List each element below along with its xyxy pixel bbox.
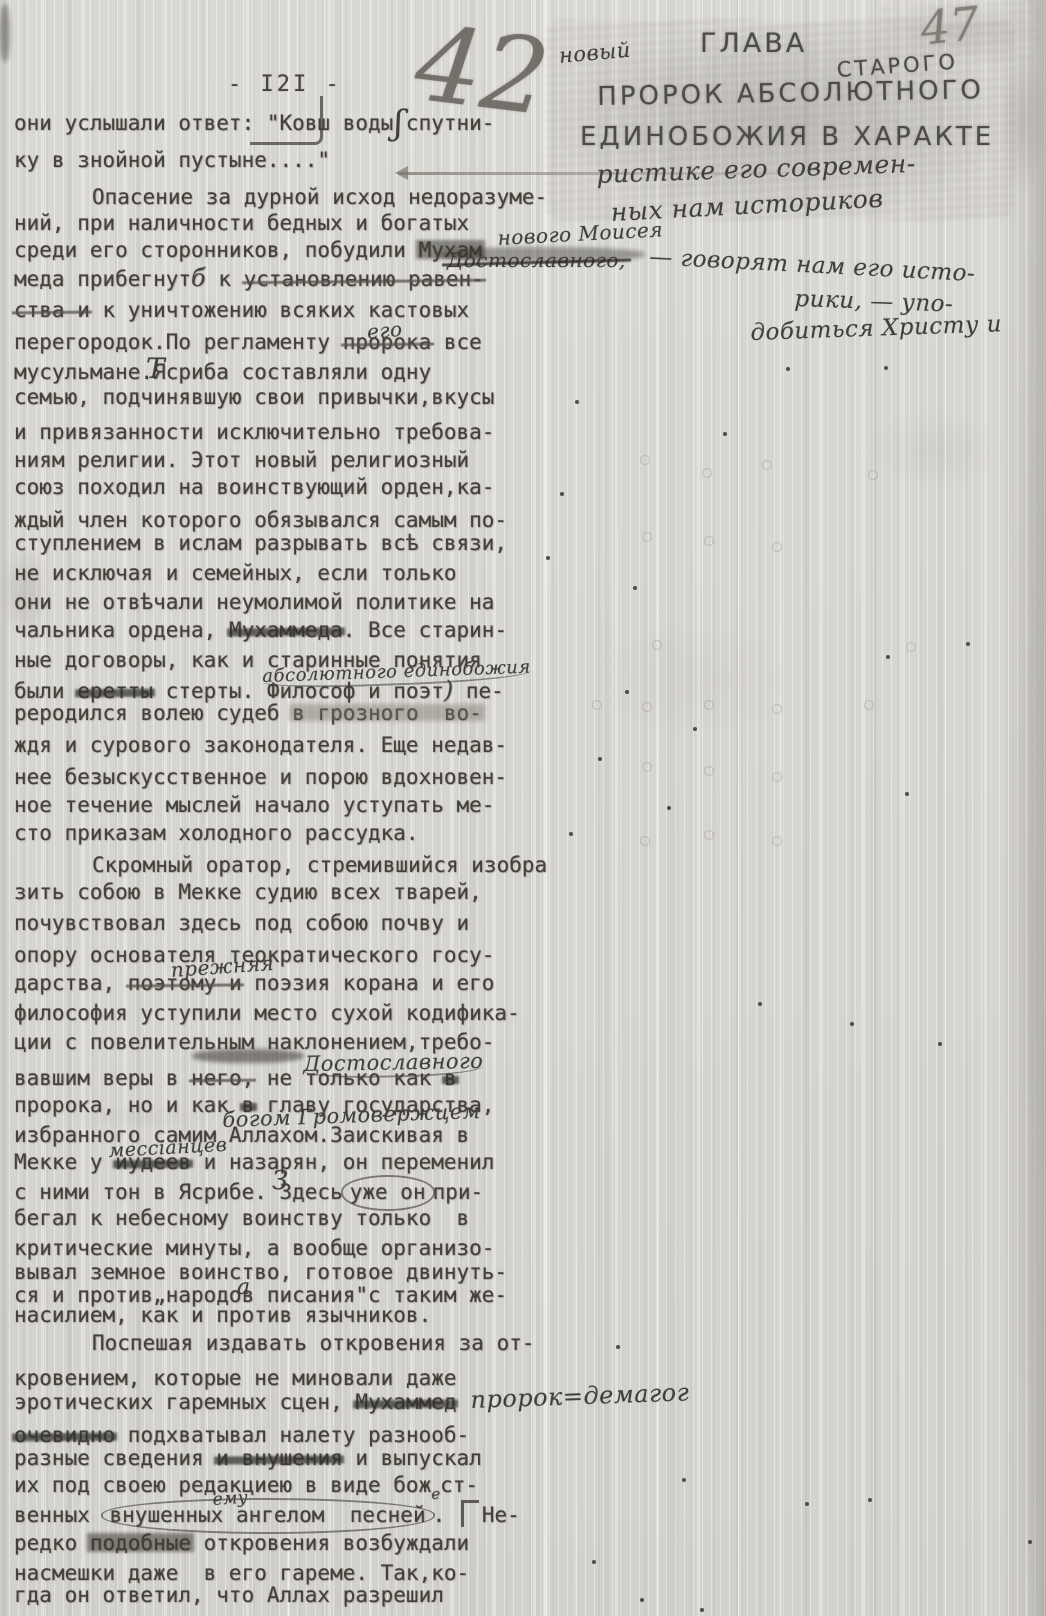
typed-line: союз походил на воинствующий орден,ка-: [14, 472, 494, 502]
ink-speck: [938, 1042, 942, 1046]
bleed-through-mark: [772, 836, 782, 846]
typed-text: ступлением в ислам разрывать всѣ связи,: [14, 531, 507, 555]
ink-speck: [640, 1598, 644, 1602]
bleed-through-mark: [640, 455, 650, 465]
typed-text: венных: [14, 1503, 103, 1527]
ink-speck: [625, 690, 629, 694]
typed-text: и выпускал: [343, 1446, 482, 1470]
typed-text: редко: [14, 1531, 90, 1555]
typed-text: пророка, но и как: [14, 1093, 242, 1117]
bleed-through-mark: [642, 702, 652, 712]
typed-text: подобные: [90, 1531, 191, 1555]
ink-speck: [786, 367, 790, 371]
typed-text: дарства,: [14, 971, 128, 995]
typed-line: они не отвѣчали неумолимой политике на: [14, 587, 494, 617]
typed-text: поэзия корана и его: [242, 971, 495, 995]
typed-line: ступлением в ислам разрывать всѣ связи,: [14, 528, 507, 558]
chapter-title-line: ГЛАВА: [700, 28, 807, 59]
typed-text: Мухаммеда: [229, 618, 343, 642]
typed-text: бегал к небесному воинству только в: [14, 1206, 469, 1230]
typed-text: меда прибегнут: [14, 267, 191, 291]
insert-mark: ʃ: [394, 103, 404, 143]
typed-line: эротических гаремных сцен, Мухаммед: [14, 1387, 457, 1417]
chapter-title-line: ЕДИНОБОЖИЯ В ХАРАКТЕ: [580, 122, 994, 152]
ink-speck: [1028, 1540, 1032, 1544]
margin-note-struck: Достославного,: [447, 248, 626, 272]
typed-text: ждя и сурового законодателя. Еще недав-: [14, 733, 507, 757]
typed-text: и внушения: [216, 1446, 342, 1470]
insert-bracket-mark: [250, 96, 323, 145]
typed-text: Поспешая издавать откровения за от-: [92, 1331, 535, 1355]
ink-speck: [569, 832, 573, 836]
corner-number-47: 47: [918, 0, 982, 56]
typed-line: ниям религии. Этот новый религиозный: [14, 445, 469, 475]
typed-text: и привязанности исключительно требова-: [14, 420, 494, 444]
bleed-patch: [590, 620, 790, 740]
typed-text: и назарян, он переменил: [191, 1150, 494, 1174]
typed-text: к уничтожению всяких кастовых: [90, 298, 469, 322]
typed-text: при-: [433, 1180, 484, 1204]
typed-line: бегал к небесному воинству только в: [14, 1203, 469, 1233]
typed-text: Опасение за дурной исход недоразуме-: [92, 185, 547, 209]
typed-line: чальника ордена, Мухаммеда. Все старин-: [14, 615, 507, 645]
typed-line: меда прибегнутб к установлению равен-: [14, 263, 484, 294]
ink-speck: [966, 642, 970, 646]
ink-speck: [633, 586, 637, 590]
ink-speck: [693, 727, 697, 731]
bleed-through-mark: [702, 468, 712, 478]
typed-text: к: [206, 267, 244, 291]
typed-text: Мухаммед: [355, 1390, 456, 1414]
edge-shading: [1000, 46, 1046, 196]
typed-text: философия уступили место сухой кодифика-: [14, 1001, 520, 1025]
typed-text: зить собою в Мекке судию всех тварей,: [14, 880, 482, 904]
corner-number-42: 42: [409, 2, 555, 139]
typed-text: семью, подчинявшую свои привычки,вкусы: [14, 385, 494, 409]
typed-text: все: [431, 330, 482, 354]
typed-text: почувствовал здесь под собою почву и: [14, 911, 469, 935]
interline-correction: ему: [212, 1488, 249, 1510]
typed-text: откровения возбуждали: [191, 1531, 469, 1555]
typed-line: редко подобные откровения возбуждали: [14, 1528, 469, 1558]
typed-text: союз походил на воинствующий орден,ка-: [14, 475, 494, 499]
typed-line: насилием, как и против язычников.: [14, 1300, 431, 1330]
margin-note: добиться Христу и: [750, 311, 1002, 346]
typed-line: Скромный оратор, стремившийся изобра: [92, 850, 547, 880]
ink-speck: [884, 366, 888, 370]
ink-speck: [886, 655, 890, 659]
insert-bracket-mark: [461, 1500, 479, 1527]
typed-text: .: [433, 1503, 458, 1527]
typed-line: Мекке у иудеев и назарян, он переменил: [14, 1147, 494, 1177]
ink-speck: [616, 1345, 620, 1349]
bleed-through-mark: [652, 640, 662, 650]
margin-note: пророк=демагог: [470, 1378, 690, 1414]
bleed-through-mark: [642, 762, 652, 772]
bleed-through-mark: [772, 542, 782, 552]
typed-text: вавшим веры в: [14, 1066, 191, 1090]
typed-line: семью, подчинявшую свои привычки,вкусы: [14, 382, 494, 412]
ink-speck: [667, 806, 671, 810]
bleed-through-mark: [762, 460, 772, 470]
ink-speck: [598, 757, 602, 761]
typed-line: ное течение мыслей начало уступать ме-: [14, 790, 494, 820]
margin-note: — говорят нам его исто-: [649, 244, 976, 287]
typed-text: нее безыскусственное и порою вдохновен-: [14, 765, 507, 789]
edge-blot: [0, 4, 10, 62]
bleed-through-mark: [704, 700, 714, 710]
bleed-through-mark: [704, 766, 714, 776]
ink-speck: [868, 1498, 872, 1502]
typed-text: в грозного во-: [292, 701, 482, 725]
typed-line: философия уступили место сухой кодифика-: [14, 998, 520, 1028]
letter-correction: Т: [146, 352, 165, 385]
typed-text: ст-: [440, 1473, 478, 1497]
typed-line: гда он ответил, что Аллах разрешил: [14, 1580, 444, 1610]
document-page: - I2I - они услышали ответ: "Ковш воды с…: [0, 0, 1046, 1616]
ink-speck: [575, 400, 579, 404]
typed-line: нее безыскусственное и порою вдохновен-: [14, 762, 507, 792]
bleed-through-mark: [704, 830, 714, 840]
typed-text: они не отвѣчали неумолимой политике на: [14, 590, 494, 614]
typed-line: ждя и сурового законодателя. Еще недав-: [14, 730, 507, 760]
typed-line: зить собою в Мекке судию всех тварей,: [14, 877, 482, 907]
ink-speck: [682, 1478, 686, 1482]
typed-text: среди его сторонников, побудили: [14, 238, 419, 262]
letter-correction: З: [272, 1166, 289, 1196]
typed-line: ний, при наличности бедных и богатых: [14, 208, 469, 238]
typed-line: реродился волею судеб в грозного во-: [14, 698, 482, 728]
typed-text: ное течение мыслей начало уступать ме-: [14, 793, 494, 817]
typed-line: среди его сторонников, побудили Мухам: [14, 235, 482, 265]
typed-text: перегородок.По регламенту: [14, 330, 343, 354]
typed-text: эротических гаремных сцен,: [14, 1390, 355, 1414]
ink-speck: [850, 1022, 854, 1026]
typed-line: разные сведения и внушения и выпускал: [14, 1443, 482, 1473]
bleed-patch: [860, 410, 1010, 490]
ink-speck: [905, 792, 909, 796]
bleed-through-mark: [864, 700, 874, 710]
margin-note: нового Моисея: [497, 217, 664, 250]
edge-crease: [1012, 210, 1046, 1610]
typed-text: не исключая и семейных, если только: [14, 561, 457, 585]
bleed-through-mark: [642, 532, 652, 542]
bleed-through-mark: [592, 700, 602, 710]
typed-text: него,: [191, 1066, 254, 1090]
ink-speck: [805, 1502, 809, 1506]
typed-line: почувствовал здесь под собою почву и: [14, 908, 469, 938]
typed-text: сто приказам холодного рассудка.: [14, 821, 419, 845]
interline-correction: его: [366, 317, 403, 344]
typed-text: Скромный оратор, стремившийся изобра: [92, 853, 547, 877]
bleed-through-mark: [704, 536, 714, 546]
bleed-through-mark: [772, 772, 782, 782]
ink-speck: [560, 492, 564, 496]
typed-line: и привязанности исключительно требова-: [14, 417, 494, 447]
letter-correction: а: [237, 1275, 251, 1300]
typed-text: разные сведения: [14, 1446, 216, 1470]
typed-text: насилием, как и против язычников.: [14, 1303, 431, 1327]
ink-speck: [723, 432, 727, 436]
typed-text: чальника ордена,: [14, 618, 229, 642]
typed-line: перегородок.По регламенту пророка все: [14, 327, 482, 357]
typed-text: . Все старин-: [343, 618, 507, 642]
ink-speck: [592, 1560, 596, 1564]
bleed-through-mark: [906, 642, 916, 652]
typed-text: ства и: [14, 298, 90, 322]
typed-line: сто приказам холодного рассудка.: [14, 818, 419, 848]
typed-text: гда он ответил, что Аллах разрешил: [14, 1583, 444, 1607]
typed-text: реродился волею судеб: [14, 701, 292, 725]
bleed-through-mark: [640, 836, 650, 846]
typed-text: мусульмане.Ясриба составляли одну: [14, 360, 431, 384]
typed-text: ниям религии. Этот новый религиозный: [14, 448, 469, 472]
typed-text: Не-: [482, 1503, 520, 1527]
bleed-through-mark: [772, 704, 782, 714]
typed-line: не исключая и семейных, если только: [14, 558, 457, 588]
typed-text: Мекке у: [14, 1150, 115, 1174]
typed-line: ку в знойной пустыне....": [14, 145, 330, 175]
ink-speck: [700, 1608, 704, 1612]
bleed-through-mark: [868, 470, 878, 480]
page-number: - I2I -: [228, 72, 342, 97]
ink-speck: [758, 1002, 762, 1006]
ink-speck: [546, 556, 550, 560]
typed-text: с ними тон в Ясрибе. Здесь: [14, 1180, 343, 1204]
typed-line: Поспешая издавать откровения за от-: [92, 1328, 535, 1358]
typed-text: ку в знойной пустыне....": [14, 148, 330, 172]
typed-text: б: [191, 264, 206, 292]
typed-text: ний, при наличности бедных и богатых: [14, 211, 469, 235]
